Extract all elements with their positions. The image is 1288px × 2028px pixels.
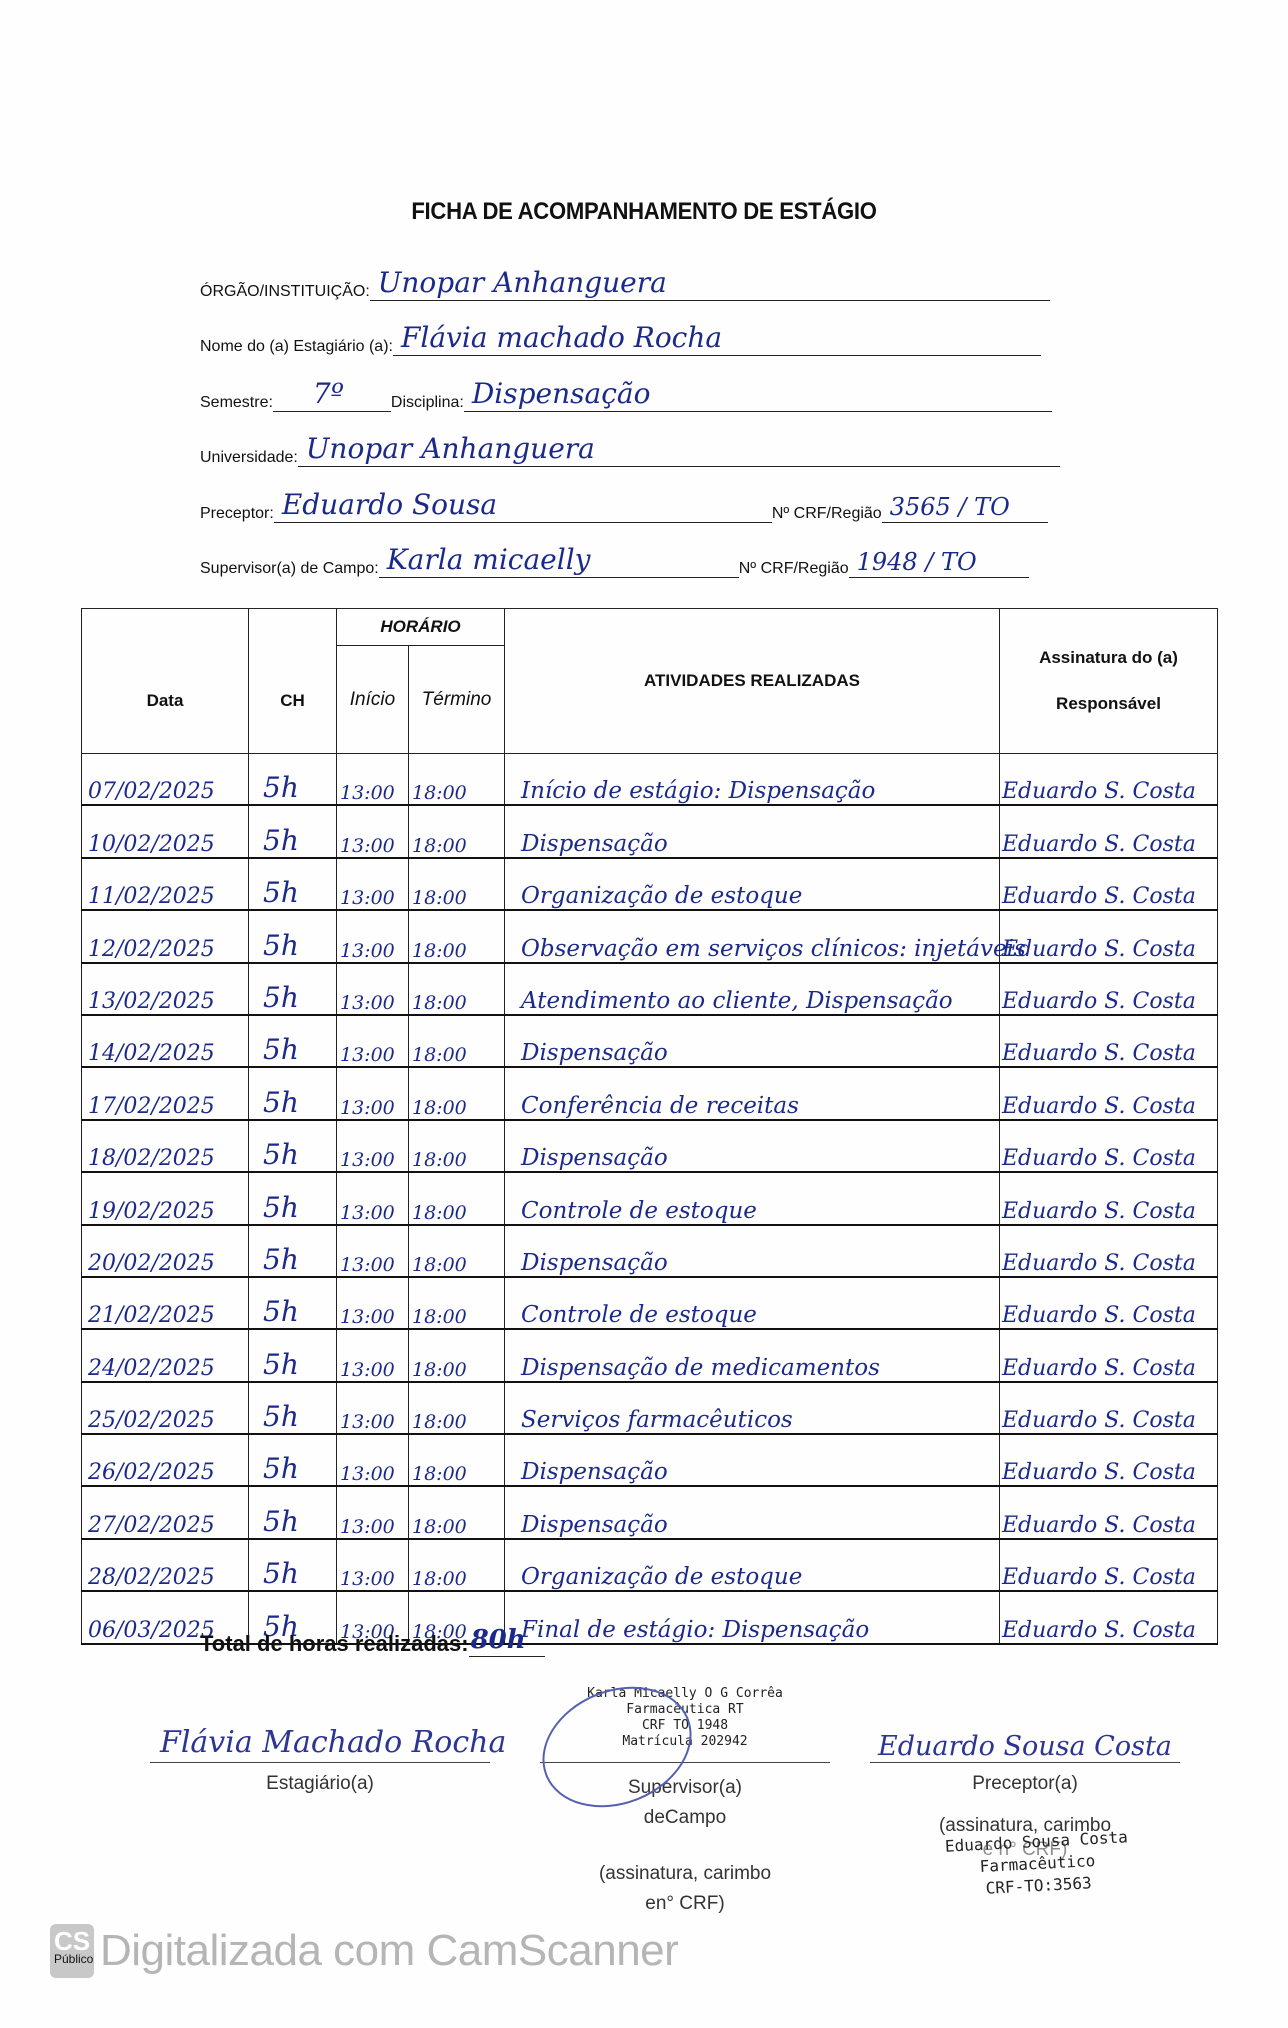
cell-date: 25/02/2025 [82, 1382, 249, 1434]
cell-termino-text: 18:00 [412, 1097, 467, 1119]
cell-date: 12/02/2025 [82, 910, 249, 962]
cell-termino-text: 18:00 [412, 1202, 467, 1224]
supervisor-note-2: en° CRF) [540, 1893, 830, 1915]
header-data: Data [82, 609, 249, 754]
cell-termino-text: 18:00 [412, 1044, 467, 1066]
cell-termino-text: 18:00 [412, 940, 467, 962]
table-row: 24/02/20255h13:0018:00Dispensação de med… [82, 1329, 1218, 1381]
cell-ch-text: 5h [263, 1033, 299, 1066]
cell-date-text: 13/02/2025 [88, 989, 215, 1014]
scanned-form-page: FICHA DE ACOMPANHAMENTO DE ESTÁGIO ÓRGÃO… [0, 0, 1288, 2028]
estagiario-signature-block: Flávia Machado Rocha Estagiário(a) [150, 1690, 490, 1795]
cell-date: 14/02/2025 [82, 1015, 249, 1067]
cell-termino-text: 18:00 [412, 992, 467, 1014]
cell-inicio-text: 13:00 [340, 1254, 395, 1276]
cell-termino-text: 18:00 [412, 1568, 467, 1590]
supervisor-value: Karla micaelly [387, 543, 591, 576]
preceptor-caption: Preceptor(a) [870, 1773, 1180, 1795]
supervisor-crf-label: Nº CRF/Região [739, 560, 849, 578]
cell-atividade-text: Atendimento ao cliente, Dispensação [521, 988, 953, 1014]
table-row: 11/02/20255h13:0018:00Organização de est… [82, 858, 1218, 910]
supervisor-signature-block: Karla Micaelly O G CorrêaFarmacêutica RT… [540, 1686, 830, 1915]
cell-inicio-text: 13:00 [340, 782, 395, 804]
cell-date-text: 11/02/2025 [88, 884, 215, 909]
cell-assinatura-text: Eduardo S. Costa [1002, 1146, 1196, 1171]
cell-termino: 18:00 [409, 1172, 505, 1224]
cell-ch-text: 5h [263, 771, 299, 804]
cell-atividade-text: Serviços farmacêuticos [521, 1407, 793, 1433]
cell-assinatura-text: Eduardo S. Costa [1002, 832, 1196, 857]
table-row: 25/02/20255h13:0018:00Serviços farmacêut… [82, 1382, 1218, 1434]
cell-atividade-text: Dispensação [521, 1145, 668, 1171]
table-row: 19/02/20255h13:0018:00Controle de estoqu… [82, 1172, 1218, 1224]
cell-atividade-text: Organização de estoque [521, 883, 802, 909]
table-row: 20/02/20255h13:0018:00DispensaçãoEduardo… [82, 1225, 1218, 1277]
cell-assinatura: Eduardo S. Costa [1000, 805, 1218, 857]
cell-inicio-text: 13:00 [340, 1097, 395, 1119]
cell-atividade-text: Dispensação [521, 831, 668, 857]
cell-ch: 5h [249, 1225, 337, 1277]
cell-atividade: Organização de estoque [505, 858, 1000, 910]
estagiario-signature-line: Flávia Machado Rocha [150, 1690, 490, 1763]
cell-ch-text: 5h [263, 929, 299, 962]
cell-atividade-text: Controle de estoque [521, 1302, 757, 1328]
cell-inicio: 13:00 [337, 858, 409, 910]
cell-ch: 5h [249, 1277, 337, 1329]
cell-assinatura-text: Eduardo S. Costa [1002, 1356, 1196, 1381]
header-ch: CH [249, 609, 337, 754]
universidade-line: Unopar Anhanguera [298, 436, 1060, 467]
cell-date: 20/02/2025 [82, 1225, 249, 1277]
cell-atividade-text: Observação em serviços clínicos: injetáv… [521, 936, 1026, 962]
preceptor-value: Eduardo Sousa [282, 488, 497, 521]
supervisor-note-1: (assinatura, carimbo [540, 1863, 830, 1885]
cell-atividade: Serviços farmacêuticos [505, 1382, 1000, 1434]
cell-date: 17/02/2025 [82, 1067, 249, 1119]
table-row: 26/02/20255h13:0018:00DispensaçãoEduardo… [82, 1434, 1218, 1486]
cell-ch-text: 5h [263, 876, 299, 909]
cell-termino-text: 18:00 [412, 1254, 467, 1276]
total-hours-value: 80h [471, 1625, 526, 1655]
camscanner-logo-icon: CS Público [50, 1924, 94, 1978]
cell-termino-text: 18:00 [412, 1463, 467, 1485]
supervisor-caption-2: deCampo [540, 1807, 830, 1829]
cell-atividade-text: Final de estágio: Dispensação [521, 1617, 869, 1643]
cell-ch-text: 5h [263, 824, 299, 857]
cell-inicio: 13:00 [337, 805, 409, 857]
cell-assinatura: Eduardo S. Costa [1000, 1434, 1218, 1486]
cell-inicio-text: 13:00 [340, 940, 395, 962]
cell-date: 13/02/2025 [82, 963, 249, 1015]
table-row: 27/02/20255h13:0018:00DispensaçãoEduardo… [82, 1486, 1218, 1538]
cell-termino: 18:00 [409, 1382, 505, 1434]
estagiario-value: Flávia machado Rocha [401, 321, 722, 354]
table-row: 28/02/20255h13:0018:00Organização de est… [82, 1539, 1218, 1591]
cell-assinatura: Eduardo S. Costa [1000, 1329, 1218, 1381]
semestre-label: Semestre: [200, 394, 273, 412]
cell-termino: 18:00 [409, 1539, 505, 1591]
cell-atividade: Dispensação [505, 1486, 1000, 1538]
cell-ch-text: 5h [263, 981, 299, 1014]
cell-ch: 5h [249, 1120, 337, 1172]
supervisor-line: Karla micaelly [379, 547, 739, 578]
cell-date: 28/02/2025 [82, 1539, 249, 1591]
cell-assinatura: Eduardo S. Costa [1000, 754, 1218, 806]
cell-date-text: 28/02/2025 [88, 1565, 215, 1590]
cell-atividade-text: Organização de estoque [521, 1564, 802, 1590]
cell-date: 26/02/2025 [82, 1434, 249, 1486]
cell-assinatura: Eduardo S. Costa [1000, 1172, 1218, 1224]
cell-atividade: Dispensação [505, 1225, 1000, 1277]
estagiario-caption: Estagiário(a) [150, 1773, 490, 1795]
cell-date-text: 21/02/2025 [88, 1303, 215, 1328]
cell-inicio-text: 13:00 [340, 887, 395, 909]
cell-termino: 18:00 [409, 1277, 505, 1329]
cell-termino-text: 18:00 [412, 1149, 467, 1171]
semestre-value: 7º [313, 377, 344, 410]
cell-atividade-text: Conferência de receitas [521, 1093, 799, 1119]
cell-date: 24/02/2025 [82, 1329, 249, 1381]
field-orgao: ÓRGÃO/INSTITUIÇÃO: Unopar Anhanguera [200, 270, 1050, 301]
cell-assinatura: Eduardo S. Costa [1000, 1591, 1218, 1643]
cell-date-text: 14/02/2025 [88, 1041, 215, 1066]
preceptor-line: Eduardo Sousa [274, 492, 772, 523]
header-assinatura: Assinatura do (a) Responsável [1000, 609, 1218, 754]
cell-termino: 18:00 [409, 1225, 505, 1277]
header-termino: Término [409, 646, 505, 754]
preceptor-label: Preceptor: [200, 505, 274, 523]
cell-termino-text: 18:00 [412, 782, 467, 804]
cell-assinatura-text: Eduardo S. Costa [1002, 1041, 1196, 1066]
cell-termino-text: 18:00 [412, 1411, 467, 1433]
cell-atividade: Final de estágio: Dispensação [505, 1591, 1000, 1643]
cell-atividade-text: Dispensação [521, 1512, 668, 1538]
preceptor-signature-block: Eduardo Sousa Costa Preceptor(a) (assina… [870, 1700, 1180, 1861]
cell-ch: 5h [249, 1539, 337, 1591]
cell-date-text: 10/02/2025 [88, 832, 215, 857]
header-atividades: ATIVIDADES REALIZADAS [505, 609, 1000, 754]
cell-inicio: 13:00 [337, 1329, 409, 1381]
estagiario-signature: Flávia Machado Rocha [160, 1725, 506, 1760]
cell-assinatura: Eduardo S. Costa [1000, 910, 1218, 962]
cell-ch: 5h [249, 1486, 337, 1538]
cell-ch: 5h [249, 1172, 337, 1224]
cell-atividade-text: Início de estágio: Dispensação [521, 778, 875, 804]
preceptor-stamp: Eduardo Sousa CostaFarmacêuticoCRF-TO:35… [944, 1826, 1130, 1901]
camscanner-watermark: CS Público Digitalizada com CamScanner [50, 1924, 678, 1978]
cell-atividade: Controle de estoque [505, 1277, 1000, 1329]
header-assinatura-line2: Responsável [1000, 681, 1217, 727]
cell-assinatura: Eduardo S. Costa [1000, 1382, 1218, 1434]
table-row: 21/02/20255h13:0018:00Controle de estoqu… [82, 1277, 1218, 1329]
cell-assinatura: Eduardo S. Costa [1000, 1539, 1218, 1591]
total-hours-line: 80h [469, 1628, 545, 1657]
cell-date: 27/02/2025 [82, 1486, 249, 1538]
cell-atividade-text: Controle de estoque [521, 1198, 757, 1224]
cell-inicio-text: 13:00 [340, 835, 395, 857]
cell-ch: 5h [249, 1067, 337, 1119]
cell-atividade: Dispensação de medicamentos [505, 1329, 1000, 1381]
total-hours-label: Total de horas realizadas: [200, 1631, 469, 1657]
cell-termino: 18:00 [409, 910, 505, 962]
cell-assinatura-text: Eduardo S. Costa [1002, 1094, 1196, 1119]
field-supervisor: Supervisor(a) de Campo: Karla micaelly N… [200, 547, 1029, 578]
cell-assinatura: Eduardo S. Costa [1000, 1277, 1218, 1329]
cell-termino: 18:00 [409, 754, 505, 806]
cell-atividade: Dispensação [505, 1120, 1000, 1172]
cell-termino: 18:00 [409, 1434, 505, 1486]
cell-assinatura: Eduardo S. Costa [1000, 1067, 1218, 1119]
cell-termino: 18:00 [409, 1486, 505, 1538]
cell-inicio: 13:00 [337, 754, 409, 806]
cell-atividade: Organização de estoque [505, 1539, 1000, 1591]
cell-inicio-text: 13:00 [340, 1568, 395, 1590]
table-row: 14/02/20255h13:0018:00DispensaçãoEduardo… [82, 1015, 1218, 1067]
cell-inicio: 13:00 [337, 910, 409, 962]
field-universidade: Universidade: Unopar Anhanguera [200, 436, 1060, 467]
cell-ch: 5h [249, 754, 337, 806]
public-label: Público [54, 1952, 93, 1966]
cell-inicio-text: 13:00 [340, 1202, 395, 1224]
cell-inicio-text: 13:00 [340, 1044, 395, 1066]
cell-termino: 18:00 [409, 1067, 505, 1119]
cell-ch: 5h [249, 1434, 337, 1486]
cell-inicio: 13:00 [337, 1172, 409, 1224]
preceptor-crf-line: 3565 / TO [882, 492, 1048, 523]
cell-inicio: 13:00 [337, 963, 409, 1015]
cell-assinatura-text: Eduardo S. Costa [1002, 1513, 1196, 1538]
cell-inicio-text: 13:00 [340, 1149, 395, 1171]
cell-assinatura-text: Eduardo S. Costa [1002, 1199, 1196, 1224]
table-row: 10/02/20255h13:0018:00DispensaçãoEduardo… [82, 805, 1218, 857]
cell-date-text: 24/02/2025 [88, 1356, 215, 1381]
cell-ch-text: 5h [263, 1138, 299, 1171]
cell-date-text: 25/02/2025 [88, 1408, 215, 1433]
cell-ch: 5h [249, 910, 337, 962]
cell-termino: 18:00 [409, 805, 505, 857]
cell-ch: 5h [249, 1382, 337, 1434]
cell-termino-text: 18:00 [412, 835, 467, 857]
cell-date-text: 27/02/2025 [88, 1513, 215, 1538]
preceptor-crf-label: Nº CRF/Região [772, 505, 882, 523]
header-horario: HORÁRIO [337, 609, 505, 646]
cell-ch-text: 5h [263, 1505, 299, 1538]
cell-inicio: 13:00 [337, 1067, 409, 1119]
cell-date: 10/02/2025 [82, 805, 249, 857]
cell-inicio-text: 13:00 [340, 1411, 395, 1433]
supervisor-crf-line: 1948 / TO [849, 547, 1029, 578]
cell-date: 19/02/2025 [82, 1172, 249, 1224]
field-estagiario: Nome do (a) Estagiário (a): Flávia macha… [200, 325, 1041, 356]
universidade-label: Universidade: [200, 449, 298, 467]
cell-date-text: 06/03/2025 [88, 1618, 215, 1643]
watermark-text: Digitalizada com CamScanner [100, 1926, 678, 1976]
preceptor-crf-value: 3565 / TO [890, 493, 1010, 521]
table-row: 18/02/20255h13:0018:00DispensaçãoEduardo… [82, 1120, 1218, 1172]
form-title: FICHA DE ACOMPANHAMENTO DE ESTÁGIO [52, 198, 1237, 226]
field-preceptor: Preceptor: Eduardo Sousa Nº CRF/Região 3… [200, 492, 1048, 523]
cell-inicio-text: 13:00 [340, 1516, 395, 1538]
supervisor-label: Supervisor(a) de Campo: [200, 560, 379, 578]
cell-ch: 5h [249, 805, 337, 857]
cell-termino: 18:00 [409, 1015, 505, 1067]
cell-ch-text: 5h [263, 1086, 299, 1119]
cell-atividade-text: Dispensação [521, 1040, 668, 1066]
cell-inicio: 13:00 [337, 1225, 409, 1277]
orgao-line: Unopar Anhanguera [370, 270, 1050, 301]
cell-termino-text: 18:00 [412, 1359, 467, 1381]
cell-atividade-text: Dispensação [521, 1250, 668, 1276]
estagiario-line: Flávia machado Rocha [393, 325, 1041, 356]
cell-inicio: 13:00 [337, 1382, 409, 1434]
cell-date-text: 26/02/2025 [88, 1460, 215, 1485]
cell-ch: 5h [249, 858, 337, 910]
total-hours: Total de horas realizadas: 80h [200, 1628, 545, 1657]
cell-atividade: Observação em serviços clínicos: injetáv… [505, 910, 1000, 962]
cell-inicio: 13:00 [337, 1120, 409, 1172]
cell-atividade: Dispensação [505, 1015, 1000, 1067]
cell-assinatura: Eduardo S. Costa [1000, 1015, 1218, 1067]
cell-termino-text: 18:00 [412, 1516, 467, 1538]
cell-date-text: 17/02/2025 [88, 1094, 215, 1119]
cell-ch-text: 5h [263, 1557, 299, 1590]
cell-assinatura: Eduardo S. Costa [1000, 963, 1218, 1015]
table-row: 17/02/20255h13:0018:00Conferência de rec… [82, 1067, 1218, 1119]
activity-log-body: 07/02/20255h13:0018:00Início de estágio:… [82, 754, 1218, 1644]
cell-ch-text: 5h [263, 1191, 299, 1224]
cell-inicio-text: 13:00 [340, 1359, 395, 1381]
cell-inicio-text: 13:00 [340, 992, 395, 1014]
table-row: 12/02/20255h13:0018:00Observação em serv… [82, 910, 1218, 962]
disciplina-value: Dispensação [472, 377, 651, 410]
preceptor-signature: Eduardo Sousa Costa [878, 1731, 1172, 1762]
header-assinatura-line1: Assinatura do (a) [1000, 635, 1217, 681]
cell-assinatura-text: Eduardo S. Costa [1002, 937, 1196, 962]
cell-inicio-text: 13:00 [340, 1306, 395, 1328]
cell-ch-text: 5h [263, 1243, 299, 1276]
cell-date-text: 18/02/2025 [88, 1146, 215, 1171]
disciplina-line: Dispensação [464, 381, 1052, 412]
cell-atividade: Dispensação [505, 805, 1000, 857]
cell-assinatura-text: Eduardo S. Costa [1002, 1303, 1196, 1328]
cell-assinatura-text: Eduardo S. Costa [1002, 1408, 1196, 1433]
semestre-line: 7º [273, 381, 391, 412]
cell-atividade: Início de estágio: Dispensação [505, 754, 1000, 806]
cell-ch: 5h [249, 1015, 337, 1067]
cell-atividade: Atendimento ao cliente, Dispensação [505, 963, 1000, 1015]
cell-assinatura-text: Eduardo S. Costa [1002, 1618, 1196, 1643]
cell-date-text: 20/02/2025 [88, 1251, 215, 1276]
activity-log-table: Data CH HORÁRIO ATIVIDADES REALIZADAS As… [81, 608, 1218, 1645]
cell-date-text: 07/02/2025 [88, 779, 215, 804]
cell-assinatura-text: Eduardo S. Costa [1002, 1251, 1196, 1276]
cell-termino: 18:00 [409, 1120, 505, 1172]
cell-atividade: Conferência de receitas [505, 1067, 1000, 1119]
cell-assinatura-text: Eduardo S. Costa [1002, 779, 1196, 804]
cell-termino: 18:00 [409, 1329, 505, 1381]
cell-assinatura-text: Eduardo S. Costa [1002, 884, 1196, 909]
cell-inicio: 13:00 [337, 1539, 409, 1591]
cell-atividade-text: Dispensação de medicamentos [521, 1355, 880, 1381]
preceptor-note-2-wrap: e n° CRF) Eduardo Sousa CostaFarmacêutic… [870, 1839, 1180, 1861]
cell-date: 07/02/2025 [82, 754, 249, 806]
cell-ch-text: 5h [263, 1400, 299, 1433]
cell-inicio: 13:00 [337, 1486, 409, 1538]
orgao-value: Unopar Anhanguera [378, 266, 667, 299]
header-inicio: Início [337, 646, 409, 754]
preceptor-signature-line: Eduardo Sousa Costa [870, 1700, 1180, 1763]
orgao-label: ÓRGÃO/INSTITUIÇÃO: [200, 283, 370, 301]
cell-ch: 5h [249, 1329, 337, 1381]
cell-inicio-text: 13:00 [340, 1463, 395, 1485]
cell-date: 11/02/2025 [82, 858, 249, 910]
cell-ch-text: 5h [263, 1452, 299, 1485]
cell-inicio: 13:00 [337, 1434, 409, 1486]
cell-ch-text: 5h [263, 1295, 299, 1328]
cell-assinatura-text: Eduardo S. Costa [1002, 1460, 1196, 1485]
cell-termino: 18:00 [409, 963, 505, 1015]
supervisor-crf-value: 1948 / TO [857, 548, 977, 576]
estagiario-label: Nome do (a) Estagiário (a): [200, 338, 393, 356]
cell-assinatura: Eduardo S. Costa [1000, 858, 1218, 910]
cell-atividade: Controle de estoque [505, 1172, 1000, 1224]
cell-termino-text: 18:00 [412, 887, 467, 909]
cell-inicio: 13:00 [337, 1277, 409, 1329]
cell-assinatura-text: Eduardo S. Costa [1002, 1565, 1196, 1590]
table-row: 07/02/20255h13:0018:00Início de estágio:… [82, 754, 1218, 806]
cell-date: 18/02/2025 [82, 1120, 249, 1172]
cell-date-text: 19/02/2025 [88, 1199, 215, 1224]
cell-ch: 5h [249, 963, 337, 1015]
cell-assinatura: Eduardo S. Costa [1000, 1120, 1218, 1172]
cell-termino-text: 18:00 [412, 1306, 467, 1328]
disciplina-label: Disciplina: [391, 394, 464, 412]
cell-date-text: 12/02/2025 [88, 937, 215, 962]
cell-termino: 18:00 [409, 858, 505, 910]
cell-atividade-text: Dispensação [521, 1459, 668, 1485]
field-semestre-disciplina: Semestre: 7º Disciplina: Dispensação [200, 381, 1052, 412]
cell-date: 21/02/2025 [82, 1277, 249, 1329]
cell-assinatura: Eduardo S. Costa [1000, 1225, 1218, 1277]
cell-ch-text: 5h [263, 1348, 299, 1381]
table-row: 13/02/20255h13:0018:00Atendimento ao cli… [82, 963, 1218, 1015]
cell-inicio: 13:00 [337, 1015, 409, 1067]
universidade-value: Unopar Anhanguera [306, 432, 595, 465]
cell-atividade: Dispensação [505, 1434, 1000, 1486]
cell-assinatura-text: Eduardo S. Costa [1002, 989, 1196, 1014]
cell-assinatura: Eduardo S. Costa [1000, 1486, 1218, 1538]
